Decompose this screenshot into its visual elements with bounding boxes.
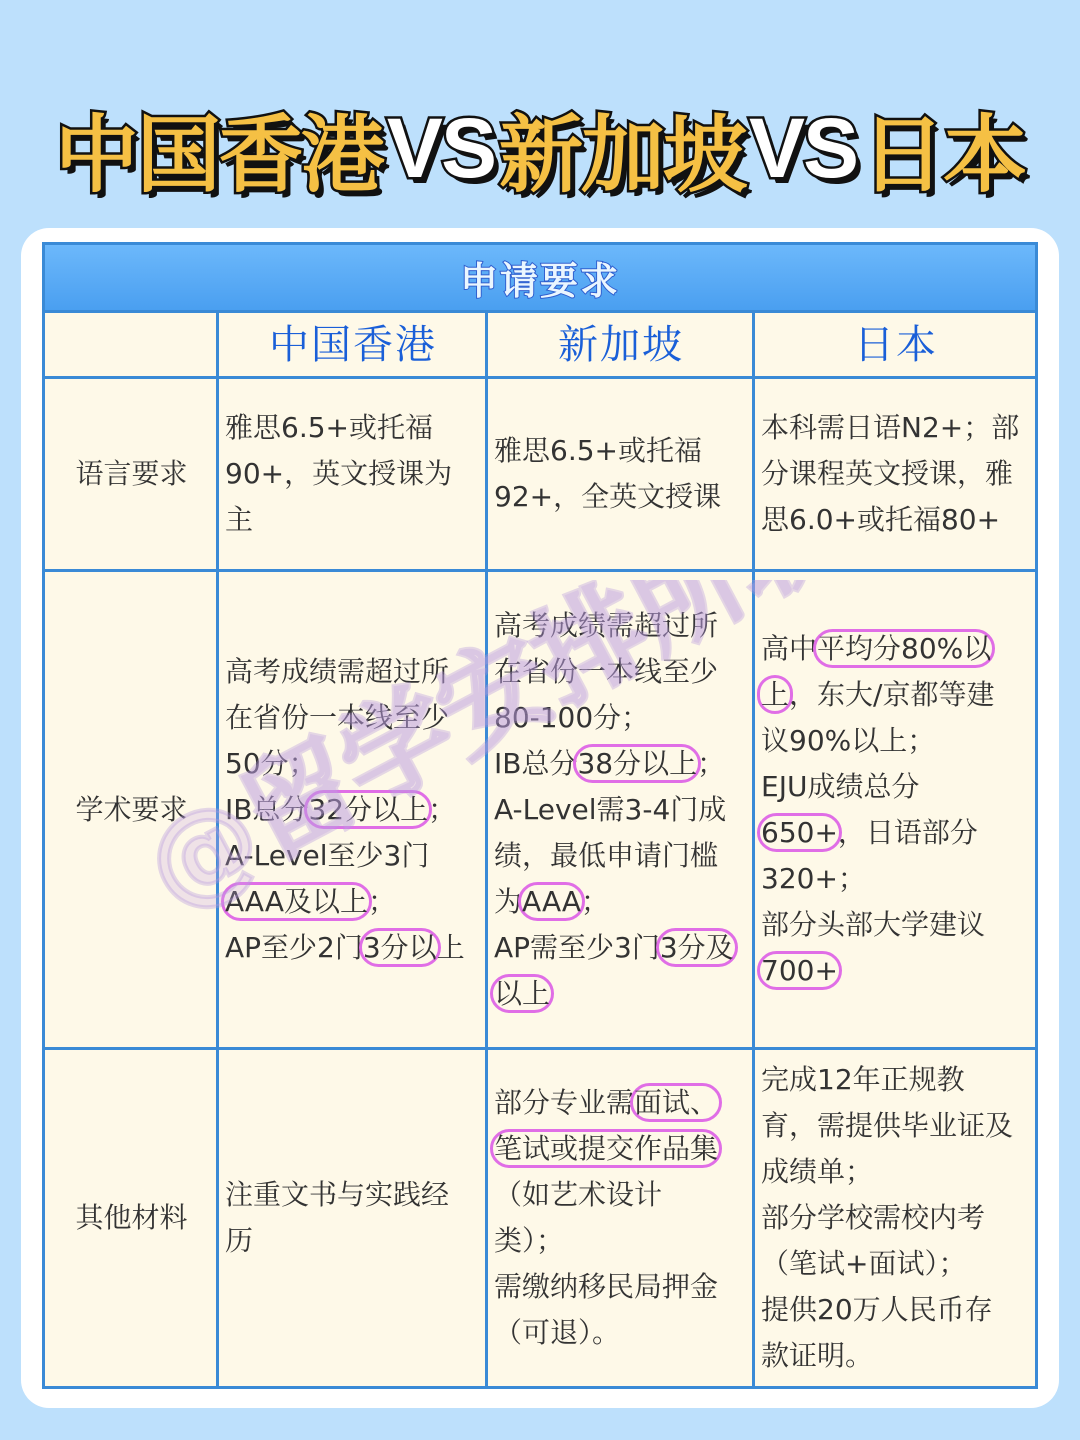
text: AP需至少3门 xyxy=(494,931,660,964)
text-line: 类）； xyxy=(494,1218,718,1264)
text: ； xyxy=(428,793,456,826)
text-line: 笔试或提交作品集 xyxy=(494,1126,718,1172)
text: ，日语部分 xyxy=(838,816,978,849)
text-line: 育，需提供毕业证及 xyxy=(761,1103,1013,1149)
cell-academic-hk: 高考成绩需超过所 在省份一本线至少 50分； IB总分32分以上； A-Leve… xyxy=(219,572,488,1047)
text-line: 高考成绩需超过所 xyxy=(225,649,465,695)
table-banner: 申请要求 xyxy=(45,245,1035,313)
text-line: 50分； xyxy=(225,741,465,787)
highlight-circle: AAA xyxy=(518,882,585,921)
text-line: IB总分32分以上； xyxy=(225,787,465,833)
text: 部分专业需 xyxy=(494,1086,634,1119)
highlight-circle: 面试、 xyxy=(630,1083,722,1122)
text-line: A-Level至少3门 xyxy=(225,833,465,879)
text: AP至少2门 xyxy=(225,931,363,964)
text-line: 高考成绩需超过所 xyxy=(494,603,734,649)
text-line: 80-100分； xyxy=(494,695,734,741)
highlight-circle: 以上 xyxy=(490,974,554,1013)
highlight-circle: 上 xyxy=(757,675,793,714)
text-line: 注重文书与实践经 xyxy=(225,1172,449,1218)
highlight-circle: 38分以上 xyxy=(573,744,701,783)
comparison-table: 申请要求 中国香港 新加坡 日本 语言要求 雅思6.5+或托福 90+，英文授课… xyxy=(42,242,1038,1389)
text-line: 完成12年正规教 xyxy=(761,1057,1013,1103)
text: ； xyxy=(697,747,725,780)
title-vs-2: VS xyxy=(749,100,857,197)
text: ，东大/京都等建 xyxy=(789,678,994,711)
text-line: 绩，最低申请门槛 xyxy=(494,833,734,879)
header-empty xyxy=(45,313,219,376)
text-line: 650+，日语部分 xyxy=(761,810,994,856)
text-line: 上，东大/京都等建 xyxy=(761,672,994,718)
cell-other-sg: 部分专业需面试、 笔试或提交作品集 （如艺术设计 类）； 需缴纳移民局押金 （可… xyxy=(488,1050,755,1386)
table-row-academic: 学术要求 高考成绩需超过所 在省份一本线至少 50分； IB总分32分以上； A… xyxy=(45,572,1035,1050)
title-hongkong: 中国香港 xyxy=(55,88,383,209)
highlight-circle: 700+ xyxy=(757,951,842,990)
text: IB总分 xyxy=(225,793,308,826)
text-line: 需缴纳移民局押金 xyxy=(494,1264,718,1310)
header-singapore: 新加坡 xyxy=(488,313,755,376)
row-label-other: 其他材料 xyxy=(45,1050,219,1386)
text-line: 高中平均分80%以 xyxy=(761,626,994,672)
cell-other-jp: 完成12年正规教 育，需提供毕业证及 成绩单； 部分学校需校内考 （笔试+面试）… xyxy=(755,1050,1035,1386)
highlight-circle: 3分以 xyxy=(359,928,441,967)
text-line: 以上 xyxy=(494,971,734,1017)
text-line: 历 xyxy=(225,1218,449,1264)
cell-language-sg: 雅思6.5+或托福 92+，全英文授课 xyxy=(488,379,755,569)
highlight-circle: 平均分80%以 xyxy=(813,629,995,668)
header-japan: 日本 xyxy=(755,313,1035,376)
text-line: 700+ xyxy=(761,948,994,994)
cell-academic-sg: 高考成绩需超过所 在省份一本线至少 80-100分； IB总分38分以上； A-… xyxy=(488,572,755,1047)
header-hongkong: 中国香港 xyxy=(219,313,488,376)
text-line: AP需至少3门3分及 xyxy=(494,925,734,971)
highlight-circle: 笔试或提交作品集 xyxy=(490,1129,722,1168)
text-line: （可退）。 xyxy=(494,1310,718,1356)
cell-language-jp: 本科需日语N2+；部 分课程英文授课，雅 思6.0+或托福80+ xyxy=(755,379,1035,569)
text-line: 部分学校需校内考 xyxy=(761,1195,1013,1241)
text-line: 在省份一本线至少 xyxy=(225,695,465,741)
header-row: 中国香港 新加坡 日本 xyxy=(45,313,1035,379)
text-line: 款证明。 xyxy=(761,1333,1013,1379)
cell-other-hk: 注重文书与实践经 历 xyxy=(219,1050,488,1386)
text: IB总分 xyxy=(494,747,577,780)
text: 高中 xyxy=(761,632,817,665)
table-row-other: 其他材料 注重文书与实践经 历 部分专业需面试、 笔试或提交作品集 （如艺术设计… xyxy=(45,1050,1035,1386)
highlight-circle: 650+ xyxy=(757,813,842,852)
text-line: 为AAA； xyxy=(494,879,734,925)
page-title: 中国香港 VS 新加坡 VS 日本 xyxy=(0,88,1080,208)
text-line: （如艺术设计 xyxy=(494,1172,718,1218)
text-line: 320+； xyxy=(761,856,994,902)
highlight-circle: AAA及以上 xyxy=(221,882,372,921)
text-line: A-Level需3-4门成 xyxy=(494,787,734,833)
text-line: 本科需日语N2+；部 xyxy=(761,405,1019,451)
text-line: 分课程英文授课，雅 xyxy=(761,451,1019,497)
title-japan: 日本 xyxy=(861,88,1025,209)
text-line: 成绩单； xyxy=(761,1149,1013,1195)
text-line: 90+，英文授课为 xyxy=(225,451,452,497)
table-row-language: 语言要求 雅思6.5+或托福 90+，英文授课为 主 雅思6.5+或托福 92+… xyxy=(45,379,1035,572)
text-line: IB总分38分以上； xyxy=(494,741,734,787)
text-line: 在省份一本线至少 xyxy=(494,649,734,695)
title-vs-1: VS xyxy=(387,100,495,197)
highlight-circle: 32分以上 xyxy=(304,790,432,829)
text: 上 xyxy=(437,931,465,964)
text-line: 思6.0+或托福80+ xyxy=(761,497,1019,543)
text-line: （笔试+面试）； xyxy=(761,1241,1013,1287)
text-line: 雅思6.5+或托福 xyxy=(225,405,452,451)
text-line: 提供20万人民币存 xyxy=(761,1287,1013,1333)
cell-language-hk: 雅思6.5+或托福 90+，英文授课为 主 xyxy=(219,379,488,569)
cell-academic-jp: 高中平均分80%以 上，东大/京都等建 议90%以上； EJU成绩总分 650+… xyxy=(755,572,1035,1047)
text-line: 部分头部大学建议 xyxy=(761,902,994,948)
row-label-language: 语言要求 xyxy=(45,379,219,569)
text-line: 议90%以上； xyxy=(761,718,994,764)
row-label-academic: 学术要求 xyxy=(45,572,219,1047)
text-line: 主 xyxy=(225,497,452,543)
text: ； xyxy=(581,885,609,918)
text-line: EJU成绩总分 xyxy=(761,764,994,810)
highlight-circle: 3分及 xyxy=(656,928,738,967)
text-line: 部分专业需面试、 xyxy=(494,1080,718,1126)
text-line: 雅思6.5+或托福 xyxy=(494,428,721,474)
text: ； xyxy=(368,885,396,918)
text-line: 92+，全英文授课 xyxy=(494,474,721,520)
text-line: AAA及以上； xyxy=(225,879,465,925)
text-line: AP至少2门3分以上 xyxy=(225,925,465,971)
title-singapore: 新加坡 xyxy=(499,88,745,209)
